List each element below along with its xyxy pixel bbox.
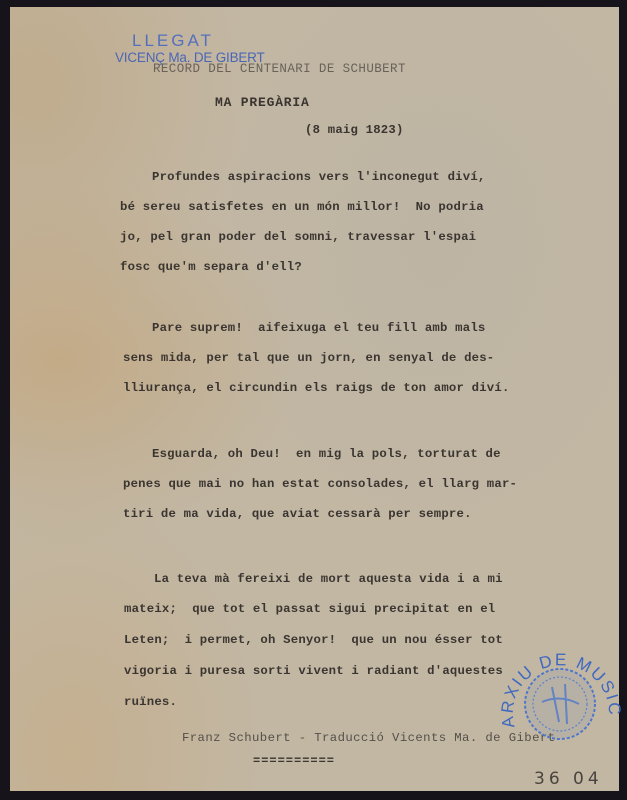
paragraph-4-line-5: ruïnes. — [124, 695, 177, 709]
archive-seal-icon: ARXIU DE MUSICA — [497, 632, 627, 747]
paragraph-3-line-3: tiri de ma vida, que aviat cessarà per s… — [123, 507, 472, 521]
piece-date: (8 maig 1823) — [305, 123, 404, 137]
stamp-llegat: LLEGAT — [132, 31, 214, 51]
paragraph-2-line-3: lliurança, el circundin els raigs de ton… — [123, 381, 510, 395]
paragraph-1-line-4: fosc que'm separa d'ell? — [120, 260, 302, 274]
paragraph-2-line-1: Pare suprem! aifeixuga el teu fill amb m… — [152, 321, 486, 335]
paragraph-2-line-2: sens mida, per tal que un jorn, en senya… — [123, 351, 494, 365]
paragraph-1-line-1: Profundes aspiracions vers l'inconegut d… — [152, 170, 486, 184]
paragraph-1-line-2: bé sereu satisfetes en un món millor! No… — [120, 200, 484, 214]
archive-number: 36 04 — [534, 769, 603, 789]
paragraph-1-line-3: jo, pel gran poder del somni, travessar … — [120, 230, 476, 244]
paragraph-3-line-2: penes que mai no han estat consolades, e… — [123, 477, 517, 491]
paragraph-4-line-4: vigoria i puresa sorti vivent i radiant … — [124, 664, 503, 678]
paragraph-3-line-1: Esguarda, oh Deu! en mig la pols, tortur… — [152, 447, 501, 461]
divider-rule: ========== — [253, 754, 335, 768]
paragraph-4-line-1: La teva mà fereixi de mort aquesta vida … — [154, 572, 503, 586]
paragraph-4-line-2: mateix; que tot el passat sigui precipit… — [124, 602, 495, 616]
piece-title: MA PREGÀRIA — [215, 95, 310, 110]
document-page: LLEGAT VICENÇ Ma. DE GIBERT RECORD DEL C… — [10, 7, 619, 791]
document-heading: RECORD DEL CENTENARI DE SCHUBERT — [153, 62, 406, 76]
paragraph-4-line-3: Leten; i permet, oh Senyor! que un nou é… — [124, 633, 503, 647]
